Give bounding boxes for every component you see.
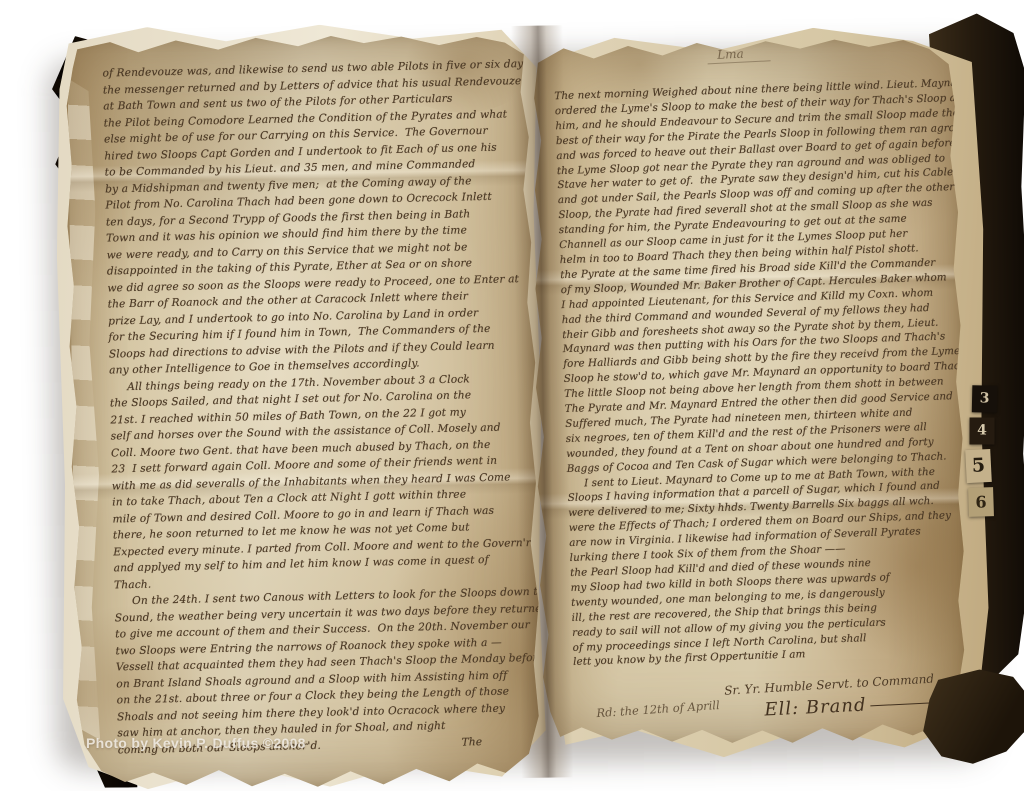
edge-tab-3: 3 — [972, 385, 998, 413]
signature-flourish — [870, 702, 934, 706]
signature-name: Ell: Brand — [764, 695, 867, 721]
right-page-text: The next morning Weighed about nine ther… — [554, 76, 961, 670]
open-book: of Rendevouze was, and likewise to send … — [13, 1, 1020, 791]
left-page-text: of Rendevouze was, and likewise to send … — [102, 56, 532, 758]
edge-tab-4: 4 — [969, 417, 994, 444]
photo-credit: Photo by Kevin P. Duffus ©2008 — [86, 735, 306, 751]
edge-tab-5: 5 — [965, 449, 992, 483]
right-page: Lma The next morning Weighed about nine … — [529, 36, 969, 748]
signature: Ell: Brand — [764, 691, 935, 720]
left-page: of Rendevouze was, and likewise to send … — [63, 32, 543, 790]
manuscript-photo: of Rendevouze was, and likewise to send … — [0, 0, 1024, 791]
received-docket: Rd: the 12th of Aprill — [596, 698, 720, 720]
edge-tab-6: 6 — [968, 487, 994, 517]
